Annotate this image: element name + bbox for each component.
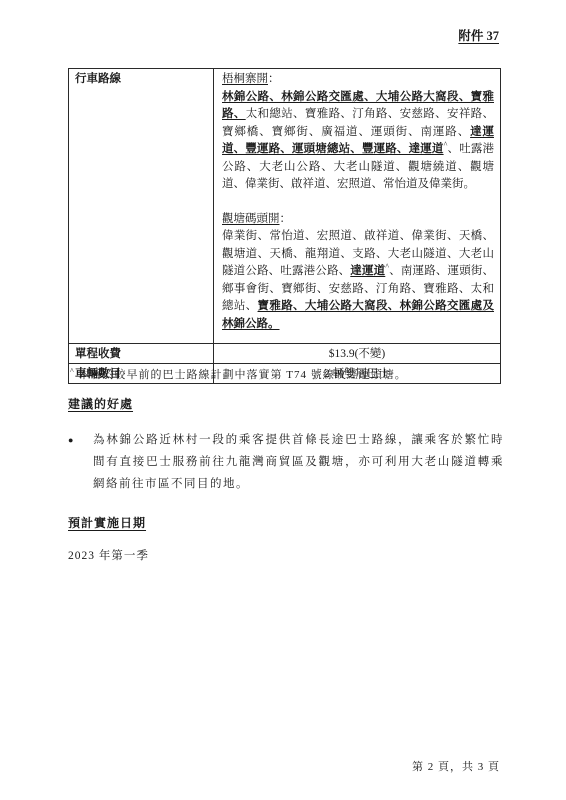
direction-1-body: 林錦公路、林錦公路交匯處、大埔公路大窩段、寶雅路、太和總站、寶雅路、汀角路、安慈… <box>222 89 494 194</box>
document-page: 附件 37 行車路線 梧桐寨開： 林錦公路、林錦公路交匯處、大埔公路大窩段、寶雅… <box>0 0 566 800</box>
benefits-bullet-text: 為林錦公路近林村一段的乘客提供首條長途巴士路線，讓乘客於繁忙時間有直接巴士服務前… <box>93 429 504 495</box>
implementation-date: 2023 年第一季 <box>68 547 149 563</box>
direction-2-heading: 觀塘碼頭開： <box>222 211 494 229</box>
benefits-bullet-item: ● 為林錦公路近林村一段的乘客提供首條長途巴士路線，讓乘客於繁忙時間有直接巴士服… <box>68 429 504 495</box>
benefits-section-heading: 建議的好處 <box>68 395 133 412</box>
annex-label: 附件 37 <box>458 26 499 44</box>
direction-1-heading: 梧桐寨開： <box>222 71 494 89</box>
table-footnote: ^ 本署於較早前的巴士路線計劃中落實第 T74 號線改經運頭塘。 <box>70 366 407 382</box>
direction-2-body: 偉業街、常怡道、宏照道、啟祥道、偉業街、天橋、觀塘道、天橋、龍翔道、支路、大老山… <box>222 228 494 333</box>
table-row-fare: 單程收費 $13.9(不變) <box>69 344 501 364</box>
fare-row-label: 單程收費 <box>69 344 214 364</box>
route-row-label: 行車路線 <box>69 69 214 344</box>
route-info-table: 行車路線 梧桐寨開： 林錦公路、林錦公路交匯處、大埔公路大窩段、寶雅路、太和總站… <box>68 68 501 384</box>
table-row-route: 行車路線 梧桐寨開： 林錦公路、林錦公路交匯處、大埔公路大窩段、寶雅路、太和總站… <box>69 69 501 344</box>
route-details-cell: 梧桐寨開： 林錦公路、林錦公路交匯處、大埔公路大窩段、寶雅路、太和總站、寶雅路、… <box>214 69 501 344</box>
page-number-footer: 第 2 頁，共 3 頁 <box>412 758 500 774</box>
fare-value: $13.9(不變) <box>214 344 501 364</box>
paragraph-gap <box>222 194 494 211</box>
bullet-icon: ● <box>68 429 93 495</box>
implementation-section-heading: 預計實施日期 <box>68 514 146 531</box>
